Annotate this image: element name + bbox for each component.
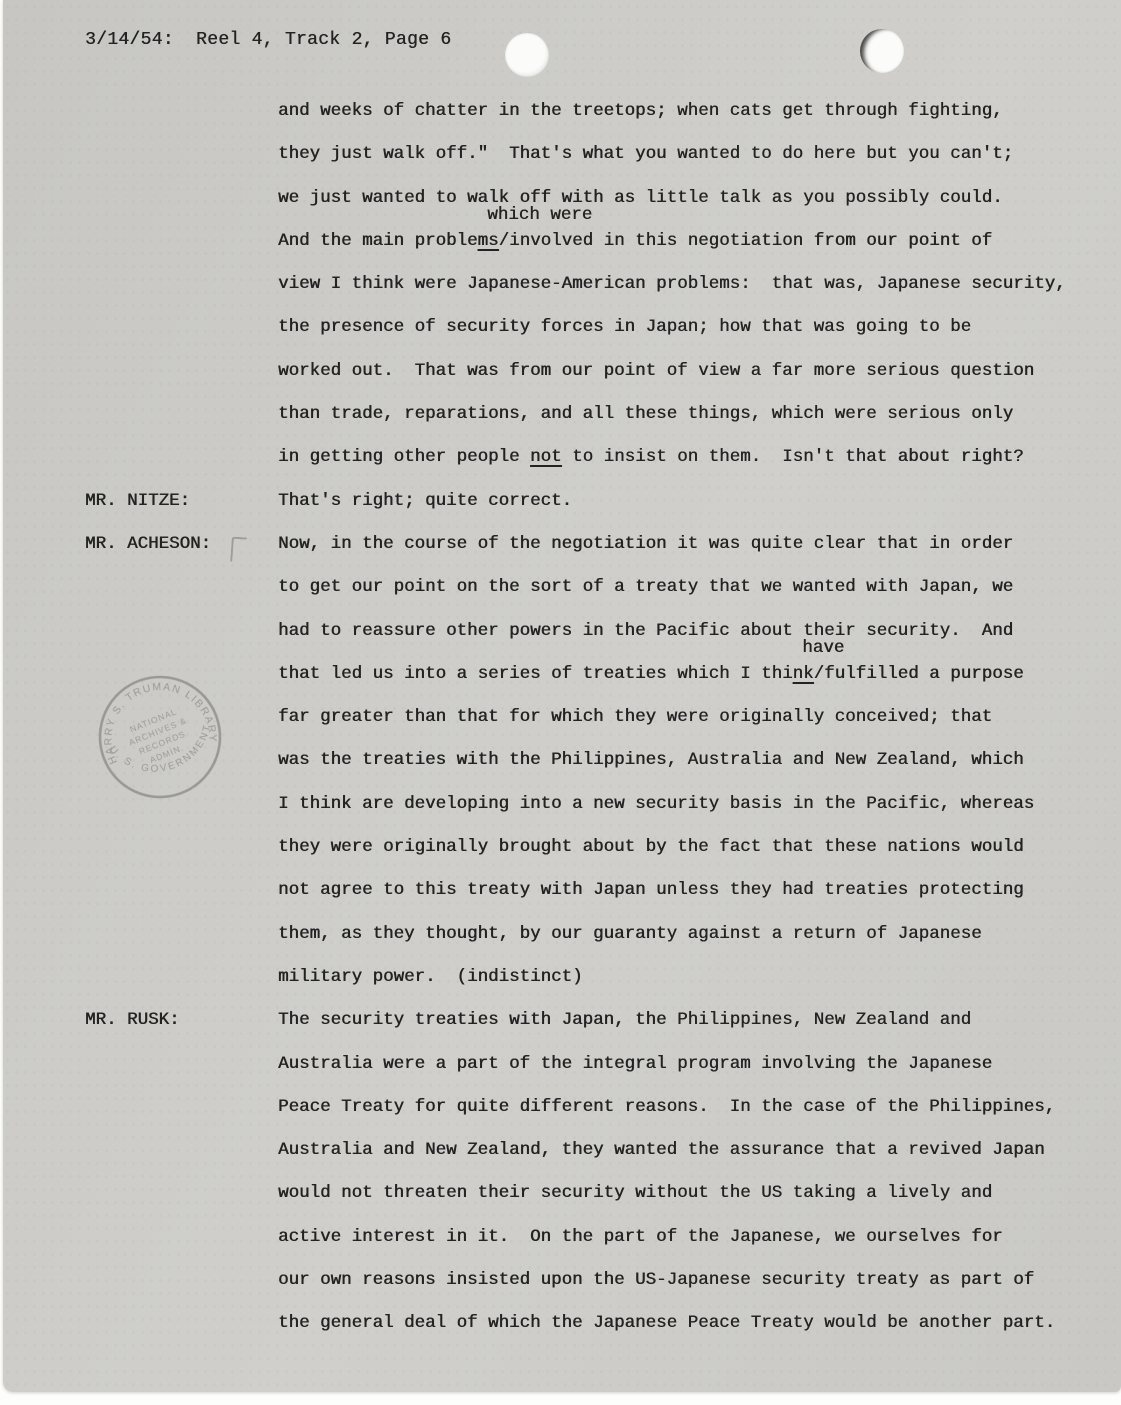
interlinear-insertion: have bbox=[802, 640, 844, 658]
text-segment: Peace Treaty for quite different reasons… bbox=[278, 1097, 1055, 1117]
text-segment: than trade, reparations, and all these t… bbox=[278, 404, 1013, 424]
transcript-line: they were originally brought about by th… bbox=[278, 826, 1090, 869]
text-segment: military power. (indistinct) bbox=[278, 967, 583, 987]
transcript-entry: MR. ACHESON:Now, in the course of the ne… bbox=[278, 523, 1090, 999]
transcript-line: we just wanted to walk off with as littl… bbox=[278, 177, 1090, 220]
text-segment: we just wanted to walk off with as littl… bbox=[278, 188, 1003, 208]
text-segment: had to reassure other powers in the Paci… bbox=[278, 621, 1013, 641]
transcript-line: the general deal of which the Japanese P… bbox=[278, 1302, 1090, 1345]
scanned-document-page: 3/14/54: Reel 4, Track 2, Page 6 and wee… bbox=[0, 0, 1121, 1405]
underlined-text: nk bbox=[793, 664, 814, 684]
punch-hole-right bbox=[860, 29, 904, 73]
transcript-line: not agree to this treaty with Japan unle… bbox=[278, 869, 1090, 912]
page-header: 3/14/54: Reel 4, Track 2, Page 6 bbox=[85, 30, 451, 50]
transcript-line: was the treaties with the Philippines, A… bbox=[278, 739, 1090, 782]
text-segment: they were originally brought about by th… bbox=[278, 837, 1024, 857]
text-segment: would not threaten their security withou… bbox=[278, 1183, 992, 1203]
speaker-label: MR. ACHESON: bbox=[85, 523, 211, 566]
text-segment: Now, in the course of the negotiation it… bbox=[278, 534, 1013, 554]
text-segment: view I think were Japanese-American prob… bbox=[278, 274, 1066, 294]
text-segment: active interest in it. On the part of th… bbox=[278, 1227, 1003, 1247]
text-segment: Australia were a part of the integral pr… bbox=[278, 1054, 992, 1074]
transcript-line: Australia and New Zealand, they wanted t… bbox=[278, 1129, 1090, 1172]
transcript-line: worked out. That was from our point of v… bbox=[278, 350, 1090, 393]
transcript-line: I think are developing into a new securi… bbox=[278, 783, 1090, 826]
transcript-body: and weeks of chatter in the treetops; wh… bbox=[278, 90, 1090, 1346]
text-segment: I think are developing into a new securi… bbox=[278, 794, 1034, 814]
text-segment: our own reasons insisted upon the US-Jap… bbox=[278, 1270, 1034, 1290]
transcript-line: That's right; quite correct. bbox=[278, 480, 1090, 523]
text-segment: and weeks of chatter in the treetops; wh… bbox=[278, 101, 1003, 121]
interlinear-insertion: which were bbox=[487, 207, 592, 225]
transcript-line: active interest in it. On the part of th… bbox=[278, 1216, 1090, 1259]
text-segment: And the main proble bbox=[278, 231, 478, 251]
transcript-line: Peace Treaty for quite different reasons… bbox=[278, 1086, 1090, 1129]
text-segment: the general deal of which the Japanese P… bbox=[278, 1313, 1055, 1333]
text-segment: the presence of security forces in Japan… bbox=[278, 317, 971, 337]
text-segment: them, as they thought, by our guaranty a… bbox=[278, 924, 982, 944]
text-segment: That's right; quite correct. bbox=[278, 491, 572, 511]
text-segment: /fulfilled a purpose bbox=[814, 664, 1024, 684]
transcript-line: view I think were Japanese-American prob… bbox=[278, 263, 1090, 306]
underlined-text: not bbox=[530, 447, 562, 467]
speaker-label: MR. RUSK: bbox=[85, 999, 180, 1042]
text-segment: that led us into a series of treaties wh… bbox=[278, 664, 793, 684]
text-segment: was the treaties with the Philippines, A… bbox=[278, 750, 1024, 770]
text-segment: they just walk off." That's what you wan… bbox=[278, 144, 1013, 164]
underlined-text: ms bbox=[478, 231, 499, 251]
punch-hole-left bbox=[505, 33, 549, 77]
transcript-line: the presence of security forces in Japan… bbox=[278, 306, 1090, 349]
transcript-entry: and weeks of chatter in the treetops; wh… bbox=[278, 90, 1090, 480]
transcript-line: in getting other people not to insist on… bbox=[278, 436, 1090, 479]
text-segment: to insist on them. Isn't that about righ… bbox=[562, 447, 1024, 467]
pencil-mark bbox=[230, 537, 247, 563]
transcript-line: had to reassure other powers in the Paci… bbox=[278, 610, 1090, 653]
text-segment: to get our point on the sort of a treaty… bbox=[278, 577, 1013, 597]
transcript-line: And the main problemswhich were/involved… bbox=[278, 220, 1090, 263]
text-segment: far greater than that for which they wer… bbox=[278, 707, 992, 727]
transcript-line: they just walk off." That's what you wan… bbox=[278, 133, 1090, 176]
transcript-line: military power. (indistinct) bbox=[278, 956, 1090, 999]
text-segment: worked out. That was from our point of v… bbox=[278, 361, 1034, 381]
text-segment: not agree to this treaty with Japan unle… bbox=[278, 880, 1024, 900]
transcript-entry: MR. RUSK:The security treaties with Japa… bbox=[278, 999, 1090, 1345]
text-segment: in getting other people bbox=[278, 447, 530, 467]
text-segment: Australia and New Zealand, they wanted t… bbox=[278, 1140, 1045, 1160]
transcript-line: Australia were a part of the integral pr… bbox=[278, 1043, 1090, 1086]
transcript-line: and weeks of chatter in the treetops; wh… bbox=[278, 90, 1090, 133]
text-segment: The security treaties with Japan, the Ph… bbox=[278, 1010, 971, 1030]
transcript-line: Now, in the course of the negotiation it… bbox=[278, 523, 1090, 566]
speaker-label: MR. NITZE: bbox=[85, 480, 190, 523]
transcript-line: them, as they thought, by our guaranty a… bbox=[278, 913, 1090, 956]
transcript-line: would not threaten their security withou… bbox=[278, 1172, 1090, 1215]
transcript-line: than trade, reparations, and all these t… bbox=[278, 393, 1090, 436]
transcript-line: to get our point on the sort of a treaty… bbox=[278, 566, 1090, 609]
transcript-line: that led us into a series of treaties wh… bbox=[278, 653, 1090, 696]
transcript-entry: MR. NITZE:That's right; quite correct. bbox=[278, 480, 1090, 523]
transcript-line: our own reasons insisted upon the US-Jap… bbox=[278, 1259, 1090, 1302]
transcript-line: The security treaties with Japan, the Ph… bbox=[278, 999, 1090, 1042]
text-segment: /involved in this negotiation from our p… bbox=[499, 231, 993, 251]
transcript-line: far greater than that for which they wer… bbox=[278, 696, 1090, 739]
